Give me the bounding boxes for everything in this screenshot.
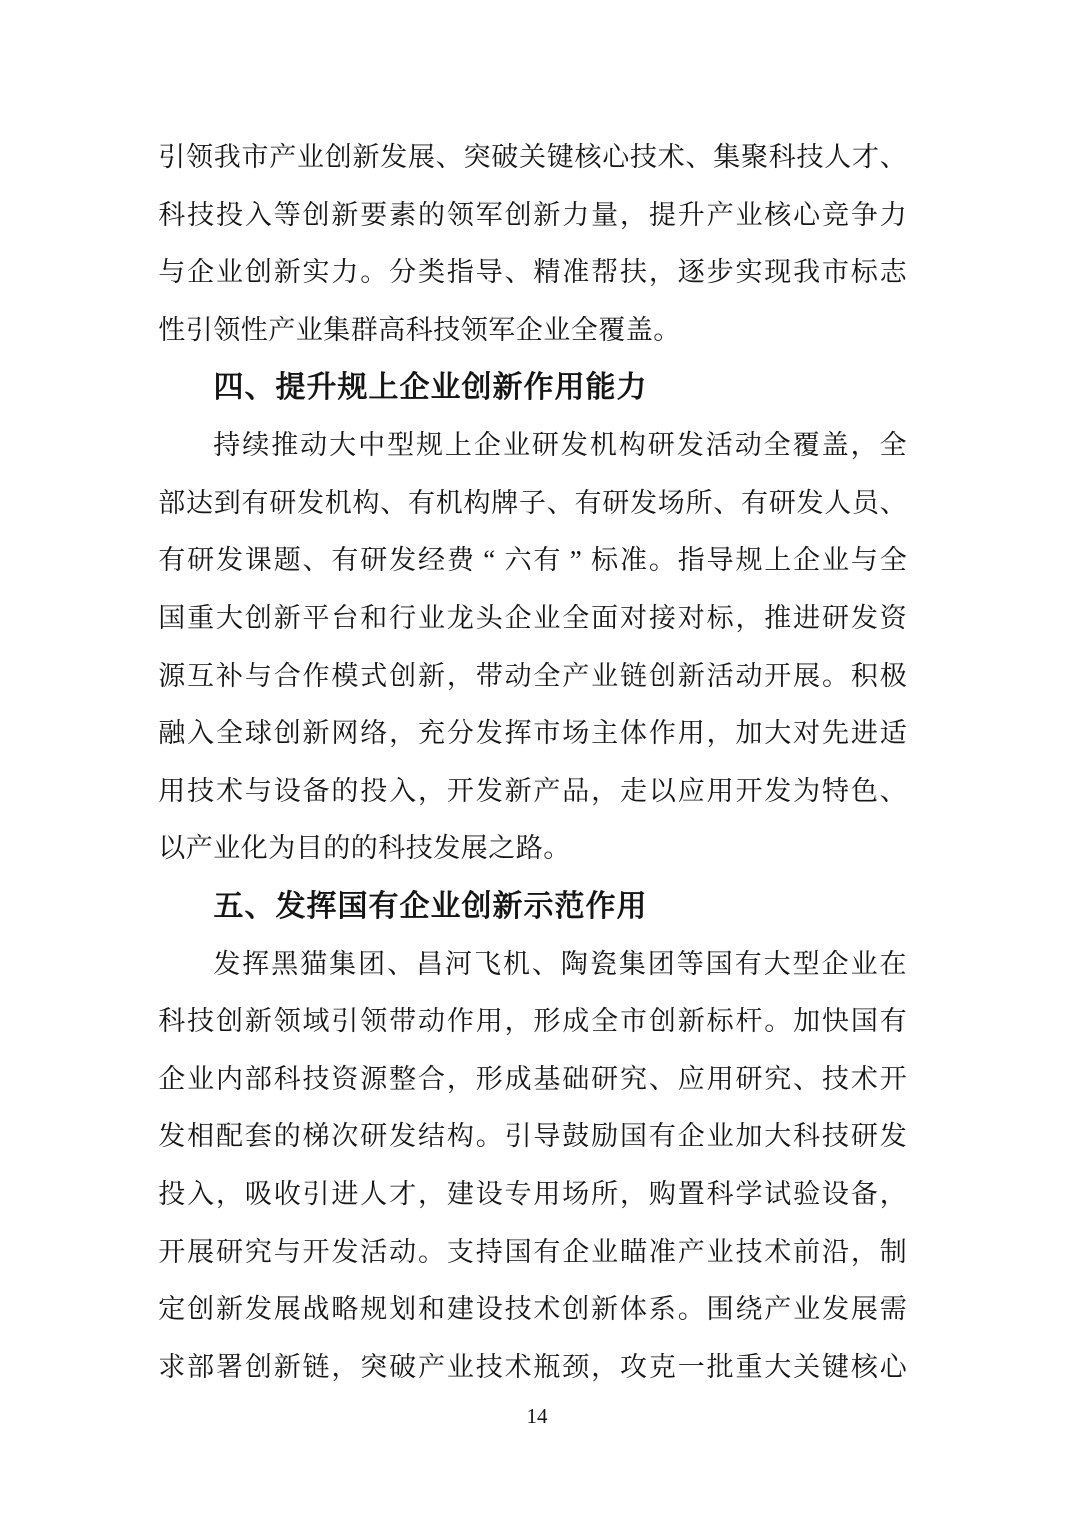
section-heading: 五、发挥国有企业创新示范作用	[158, 878, 907, 936]
text-line: 用技术与设备的投入，开发新产品，走以应用开发为特色、	[158, 763, 907, 821]
page-number: 14	[0, 1404, 1074, 1432]
text-line: 开展研究与开发活动。支持国有企业瞄准产业技术前沿，制	[158, 1223, 907, 1281]
text-line: 源互补与合作模式创新，带动全产业链创新活动开展。积极	[158, 647, 907, 705]
text-body: 引领我市产业创新发展、突破关键核心技术、集聚科技人才、科技投入等创新要素的领军创…	[158, 129, 907, 1396]
text-line: 企业内部科技资源整合，形成基础研究、应用研究、技术开	[158, 1051, 907, 1109]
text-line: 有研发课题、有研发经费“六有”标准。指导规上企业与全	[158, 532, 907, 590]
text-line: 性引领性产业集群高科技领军企业全覆盖。	[158, 302, 907, 360]
text-line: 与企业创新实力。分类指导、精准帮扶，逐步实现我市标志	[158, 244, 907, 302]
text-line: 引领我市产业创新发展、突破关键核心技术、集聚科技人才、	[158, 129, 907, 187]
text-line: 科技创新领域引领带动作用，形成全市创新标杆。加快国有	[158, 993, 907, 1051]
text-line: 科技投入等创新要素的领军创新力量，提升产业核心竞争力	[158, 187, 907, 245]
text-line: 求部署创新链，突破产业技术瓶颈，攻克一批重大关键核心	[158, 1338, 907, 1396]
text-line: 持续推动大中型规上企业研发机构研发活动全覆盖，全	[158, 417, 907, 475]
text-line: 部达到有研发机构、有机构牌子、有研发场所、有研发人员、	[158, 475, 907, 533]
text-line: 发相配套的梯次研发结构。引导鼓励国有企业加大科技研发	[158, 1108, 907, 1166]
document-page: 引领我市产业创新发展、突破关键核心技术、集聚科技人才、科技投入等创新要素的领军创…	[0, 0, 1074, 1520]
text-line: 以产业化为目的的科技发展之路。	[158, 820, 907, 878]
text-line: 定创新发展战略规划和建设技术创新体系。围绕产业发展需	[158, 1281, 907, 1339]
section-heading: 四、提升规上企业创新作用能力	[158, 359, 907, 417]
text-line: 国重大创新平台和行业龙头企业全面对接对标，推进研发资	[158, 590, 907, 648]
text-line: 融入全球创新网络，充分发挥市场主体作用，加大对先进适	[158, 705, 907, 763]
text-line: 投入，吸收引进人才，建设专用场所，购置科学试验设备，	[158, 1166, 907, 1224]
text-line: 发挥黑猫集团、昌河飞机、陶瓷集团等国有大型企业在	[158, 935, 907, 993]
